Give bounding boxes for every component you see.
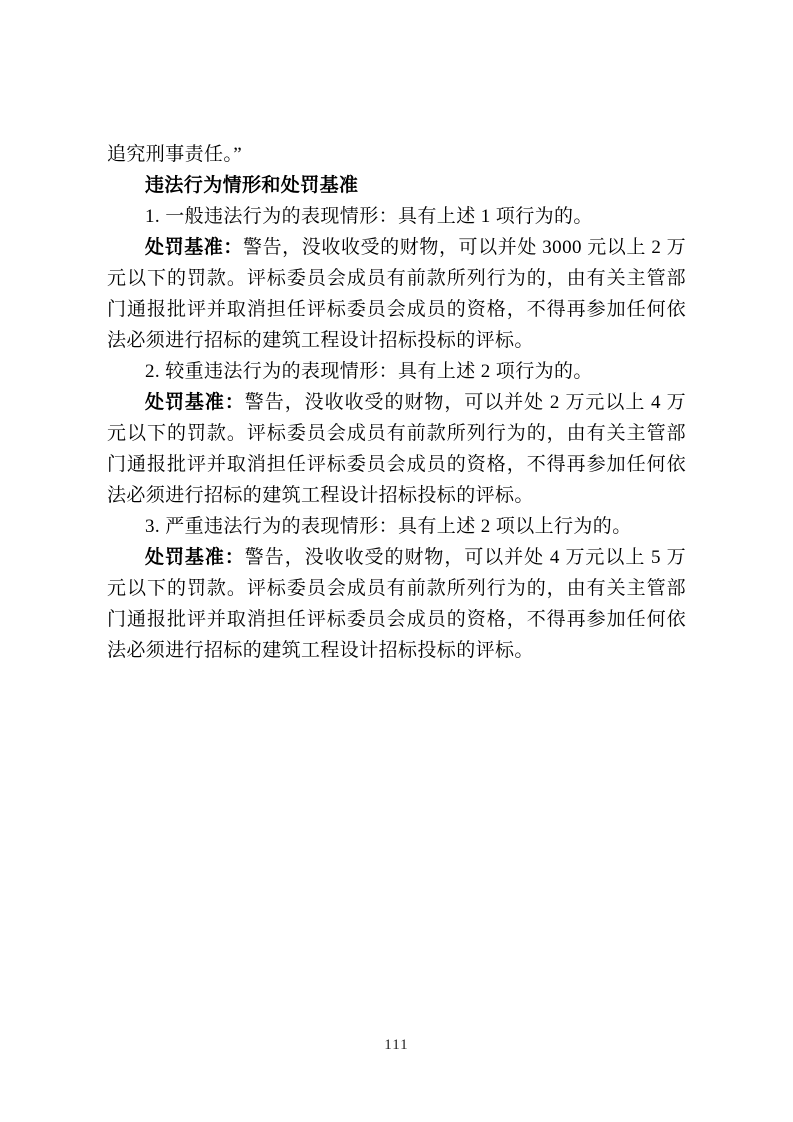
violation-situation-1: 1. 一般违法行为的表现情形：具有上述 1 项行为的。 xyxy=(107,201,686,232)
violation-situation-2: 2. 较重违法行为的表现情形：具有上述 2 项行为的。 xyxy=(107,356,686,387)
document-body: 追究刑事责任。” 违法行为情形和处罚基准 1. 一般违法行为的表现情形：具有上述… xyxy=(107,139,686,666)
section-heading: 违法行为情形和处罚基准 xyxy=(107,170,686,201)
penalty-label-2: 处罚基准： xyxy=(145,392,245,413)
penalty-label-3: 处罚基准： xyxy=(145,547,245,568)
penalty-paragraph-1: 处罚基准：警告，没收收受的财物，可以并处 3000 元以上 2 万元以下的罚款。… xyxy=(107,232,686,356)
penalty-label-1: 处罚基准： xyxy=(145,237,243,258)
paragraph-continuation: 追究刑事责任。” xyxy=(107,139,686,170)
document-page: 追究刑事责任。” 违法行为情形和处罚基准 1. 一般违法行为的表现情形：具有上述… xyxy=(0,0,793,1122)
penalty-paragraph-2: 处罚基准：警告，没收收受的财物，可以并处 2 万元以上 4 万元以下的罚款。评标… xyxy=(107,387,686,511)
page-number: 111 xyxy=(0,1037,793,1054)
penalty-paragraph-3: 处罚基准：警告，没收收受的财物，可以并处 4 万元以上 5 万元以下的罚款。评标… xyxy=(107,542,686,666)
violation-situation-3: 3. 严重违法行为的表现情形：具有上述 2 项以上行为的。 xyxy=(107,511,686,542)
